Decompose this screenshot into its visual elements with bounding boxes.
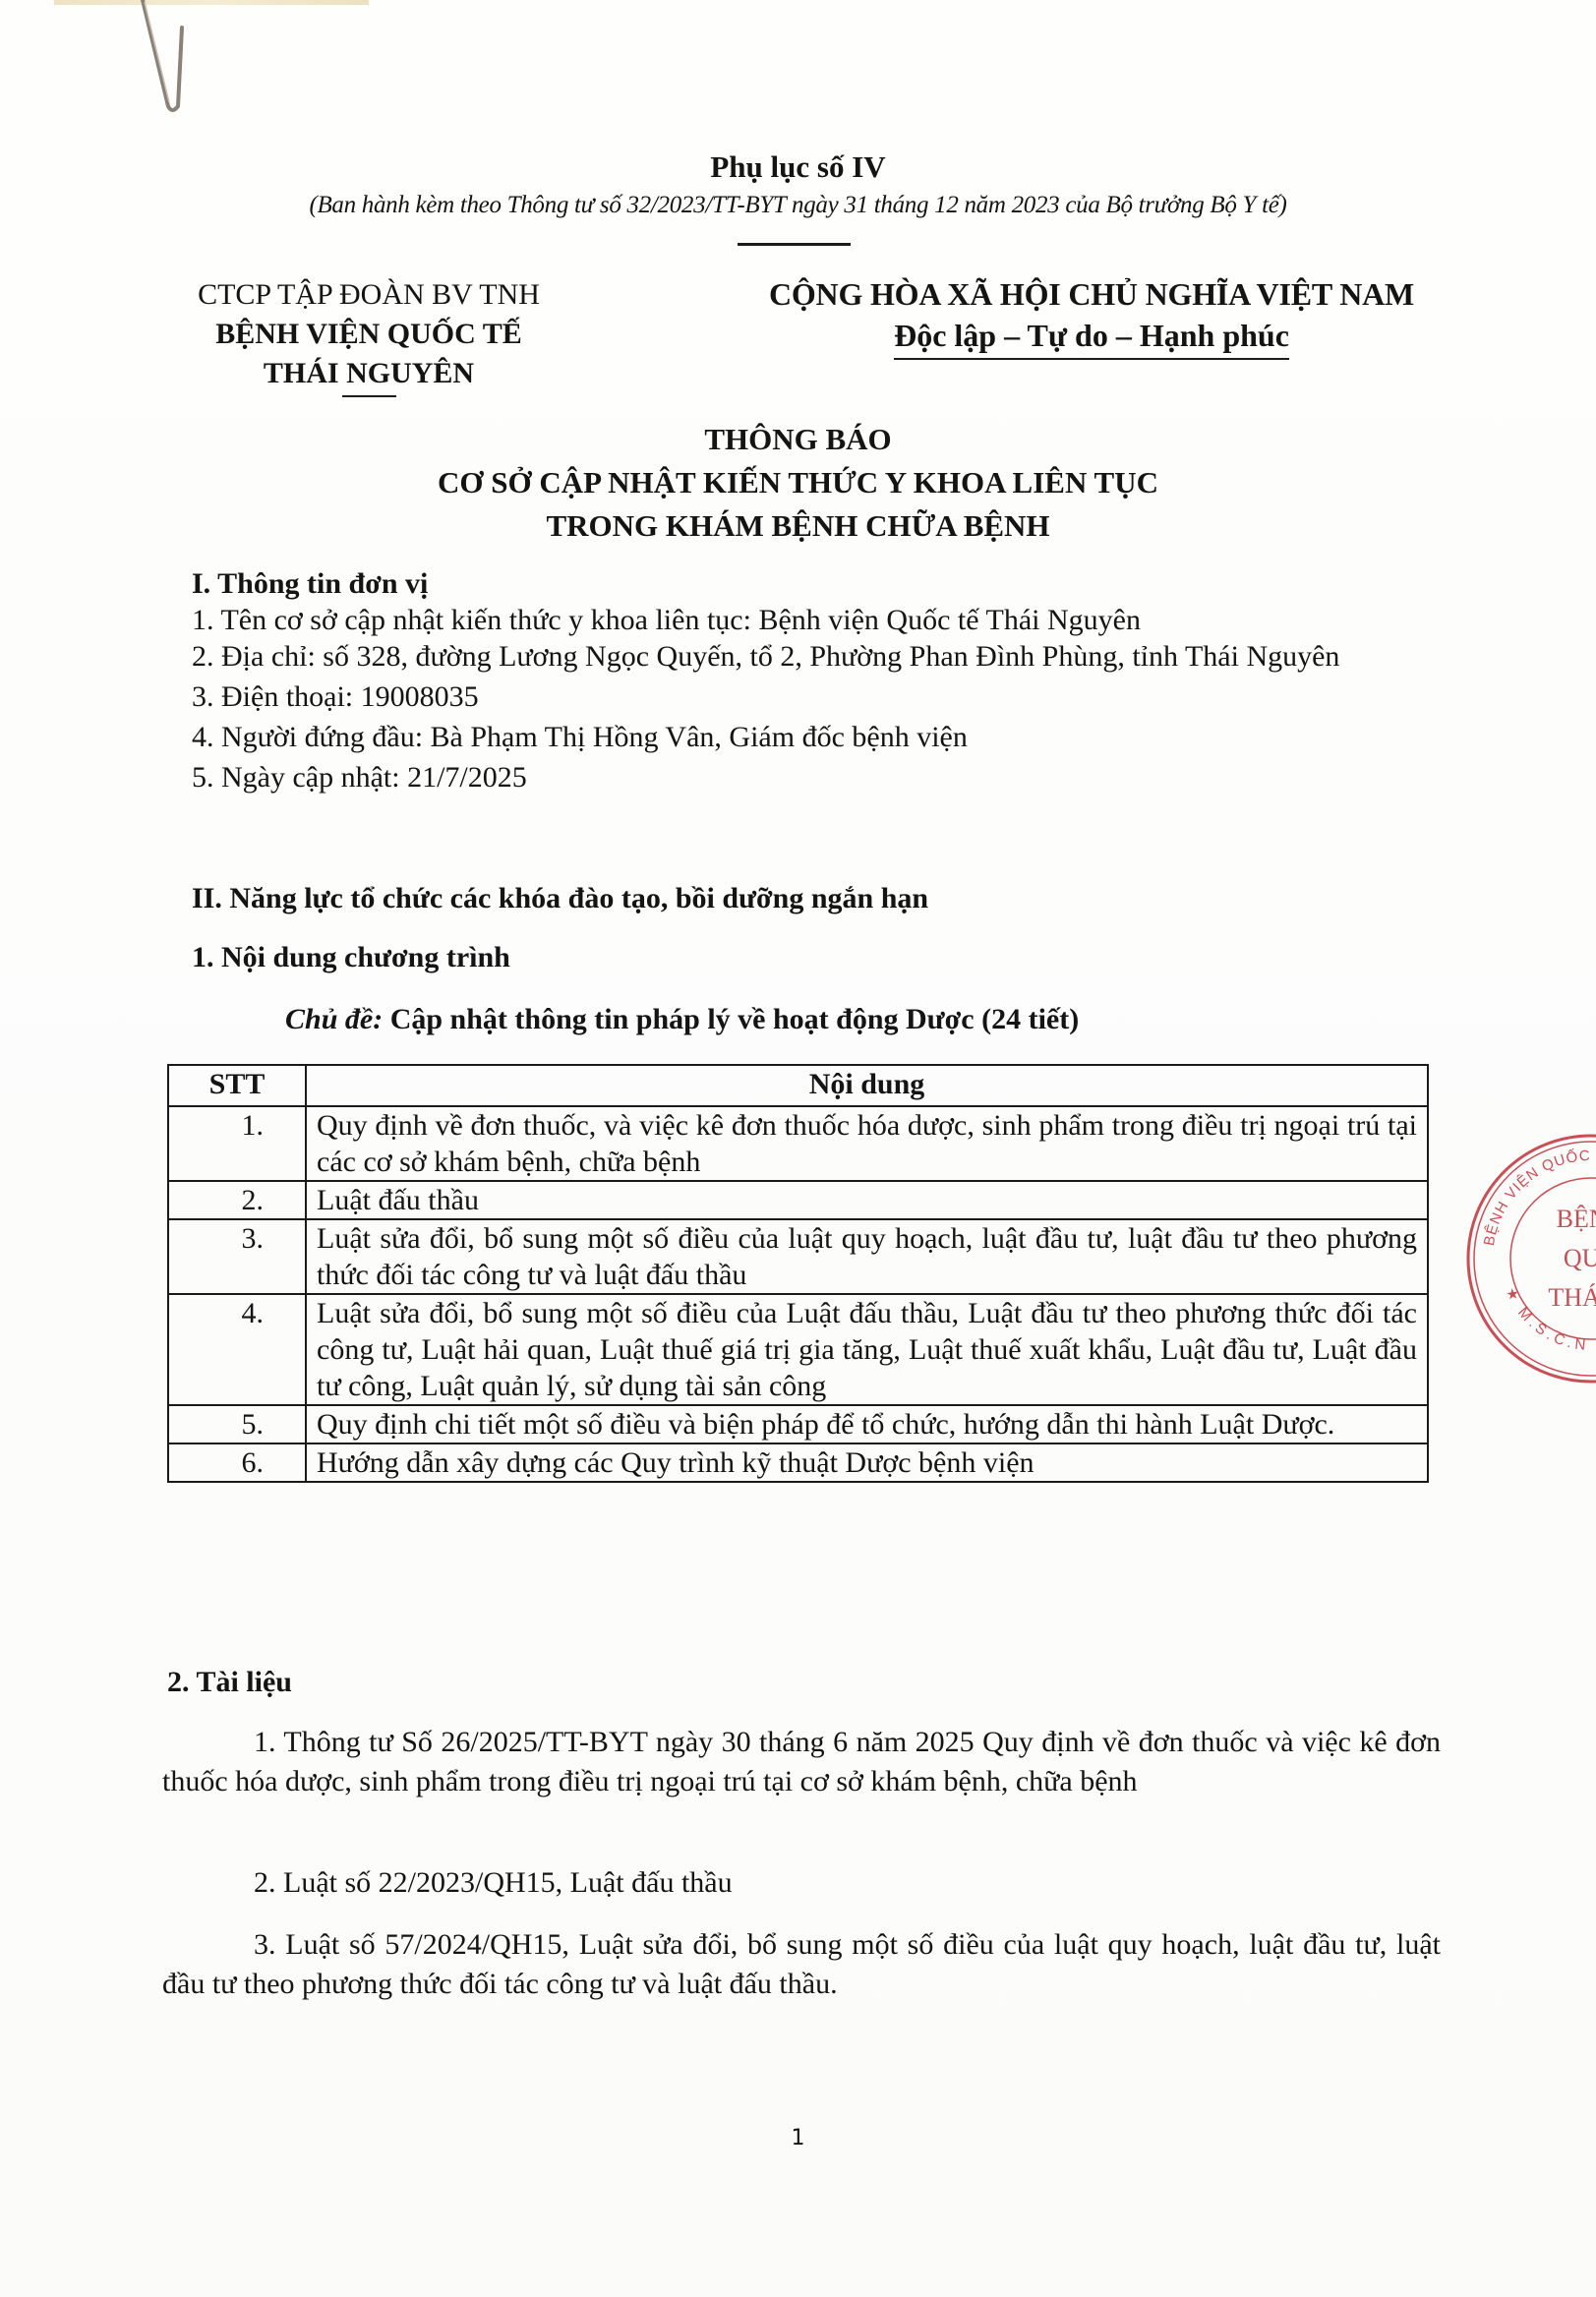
topic-text: Cập nhật thông tin pháp lý về hoạt động … <box>383 1003 1079 1035</box>
official-stamp-icon: BỆNH VIỆN QUỐC TẾ THÁI NGUYÊN - CH ★ M.S… <box>1463 1131 1596 1386</box>
svg-text:QUỐ: QUỐ <box>1564 1244 1596 1272</box>
row-number: 5. <box>168 1405 306 1443</box>
document-page: Phụ lục số IV (Ban hành kèm theo Thông t… <box>0 0 1596 2297</box>
info-item-head: 4. Người đứng đầu: Bà Phạm Thị Hồng Vân,… <box>192 719 1450 755</box>
organization-name: BỆNH VIỆN QUỐC TẾ <box>177 315 561 354</box>
divider <box>738 243 851 246</box>
organization-header: CTCP TẬP ĐOÀN BV TNH BỆNH VIỆN QUỐC TẾ T… <box>177 275 561 397</box>
page-number: 1 <box>0 2126 1596 2150</box>
row-number: 3. <box>168 1219 306 1294</box>
program-table: STT Nội dung 1. Quy định về đơn thuốc, v… <box>167 1064 1429 1483</box>
document-text: 3. Luật số 57/2024/QH15, Luật sửa đổi, b… <box>162 1925 1441 2004</box>
row-content: Hướng dẫn xây dựng các Quy trình kỹ thuậ… <box>306 1443 1428 1482</box>
appendix-title: Phụ lục số IV <box>0 149 1596 185</box>
notice-title: THÔNG BÁO <box>0 418 1596 461</box>
section-heading: II. Năng lực tổ chức các khóa đào tạo, b… <box>192 880 1450 916</box>
document-item: 3. Luật số 57/2024/QH15, Luật sửa đổi, b… <box>162 1925 1441 2004</box>
appendix-subtitle: (Ban hành kèm theo Thông tư số 32/2023/T… <box>0 192 1596 219</box>
row-content: Quy định về đơn thuốc, và việc kê đơn th… <box>306 1106 1428 1181</box>
organization-parent: CTCP TẬP ĐOÀN BV TNH <box>177 275 561 315</box>
info-item-phone: 3. Điện thoại: 19008035 <box>192 678 1450 715</box>
row-content: Quy định chi tiết một số điều và biện ph… <box>306 1405 1428 1443</box>
svg-text:BỆNH: BỆNH <box>1557 1205 1596 1233</box>
subsection-heading: 1. Nội dung chương trình <box>192 939 1450 975</box>
column-header-content: Nội dung <box>306 1065 1428 1106</box>
documents-heading: 2. Tài liệu <box>167 1664 1426 1700</box>
divider <box>342 395 396 397</box>
table-header-row: STT Nội dung <box>168 1065 1428 1106</box>
paper-edge <box>54 0 369 5</box>
document-text: 2. Luật số 22/2023/QH15, Luật đấu thầu <box>162 1863 1441 1903</box>
notice-subtitle-2: TRONG KHÁM BỆNH CHỮA BỆNH <box>0 504 1596 548</box>
table-row: 3. Luật sửa đổi, bổ sung một số điều của… <box>168 1219 1428 1294</box>
info-item-updated: 5. Ngày cập nhật: 21/7/2025 <box>192 759 1450 795</box>
table-row: 5. Quy định chi tiết một số điều và biện… <box>168 1405 1428 1443</box>
organization-location: THÁI NGUYÊN <box>177 354 561 393</box>
column-header-stt: STT <box>168 1065 306 1106</box>
row-number: 6. <box>168 1443 306 1482</box>
table-row: 2. Luật đấu thầu <box>168 1181 1428 1219</box>
section-unit-info: I. Thông tin đơn vị 1. Tên cơ sở cập nhậ… <box>192 565 1450 795</box>
table-row: 6. Hướng dẫn xây dựng các Quy trình kỹ t… <box>168 1443 1428 1482</box>
notice-title-block: THÔNG BÁO CƠ SỞ CẬP NHẬT KIẾN THỨC Y KHO… <box>0 418 1596 548</box>
row-content: Luật sửa đổi, bổ sung một số điều của Lu… <box>306 1294 1428 1405</box>
notice-subtitle-1: CƠ SỞ CẬP NHẬT KIẾN THỨC Y KHOA LIÊN TỤC <box>0 461 1596 504</box>
nation-title: CỘNG HÒA XÃ HỘI CHỦ NGHĨA VIỆT NAM <box>688 273 1495 315</box>
row-content: Luật sửa đổi, bổ sung một số điều của lu… <box>306 1219 1428 1294</box>
section-heading: I. Thông tin đơn vị <box>192 565 1450 602</box>
national-header: CỘNG HÒA XÃ HỘI CHỦ NGHĨA VIỆT NAM Độc l… <box>688 273 1495 360</box>
row-content: Luật đấu thầu <box>306 1181 1428 1219</box>
document-item: 2. Luật số 22/2023/QH15, Luật đấu thầu <box>162 1863 1441 1903</box>
row-number: 4. <box>168 1294 306 1405</box>
nation-motto: Độc lập – Tự do – Hạnh phúc <box>894 315 1289 360</box>
info-item-address: 2. Địa chỉ: số 328, đường Lương Ngọc Quy… <box>192 638 1450 675</box>
row-number: 2. <box>168 1181 306 1219</box>
document-text: 1. Thông tư Số 26/2025/TT-BYT ngày 30 th… <box>162 1723 1441 1801</box>
table-row: 4. Luật sửa đổi, bổ sung một số điều của… <box>168 1294 1428 1405</box>
info-item-name: 1. Tên cơ sở cập nhật kiến thức y khoa l… <box>192 602 1450 638</box>
topic-label: Chủ đề: <box>285 1003 383 1035</box>
row-number: 1. <box>168 1106 306 1181</box>
svg-text:THÁI N: THÁI N <box>1548 1283 1596 1312</box>
table-row: 1. Quy định về đơn thuốc, và việc kê đơn… <box>168 1106 1428 1181</box>
topic-line: Chủ đề: Cập nhật thông tin pháp lý về ho… <box>285 1001 1544 1037</box>
document-item: 1. Thông tư Số 26/2025/TT-BYT ngày 30 th… <box>162 1723 1441 1801</box>
paper-clip-icon <box>133 0 211 118</box>
